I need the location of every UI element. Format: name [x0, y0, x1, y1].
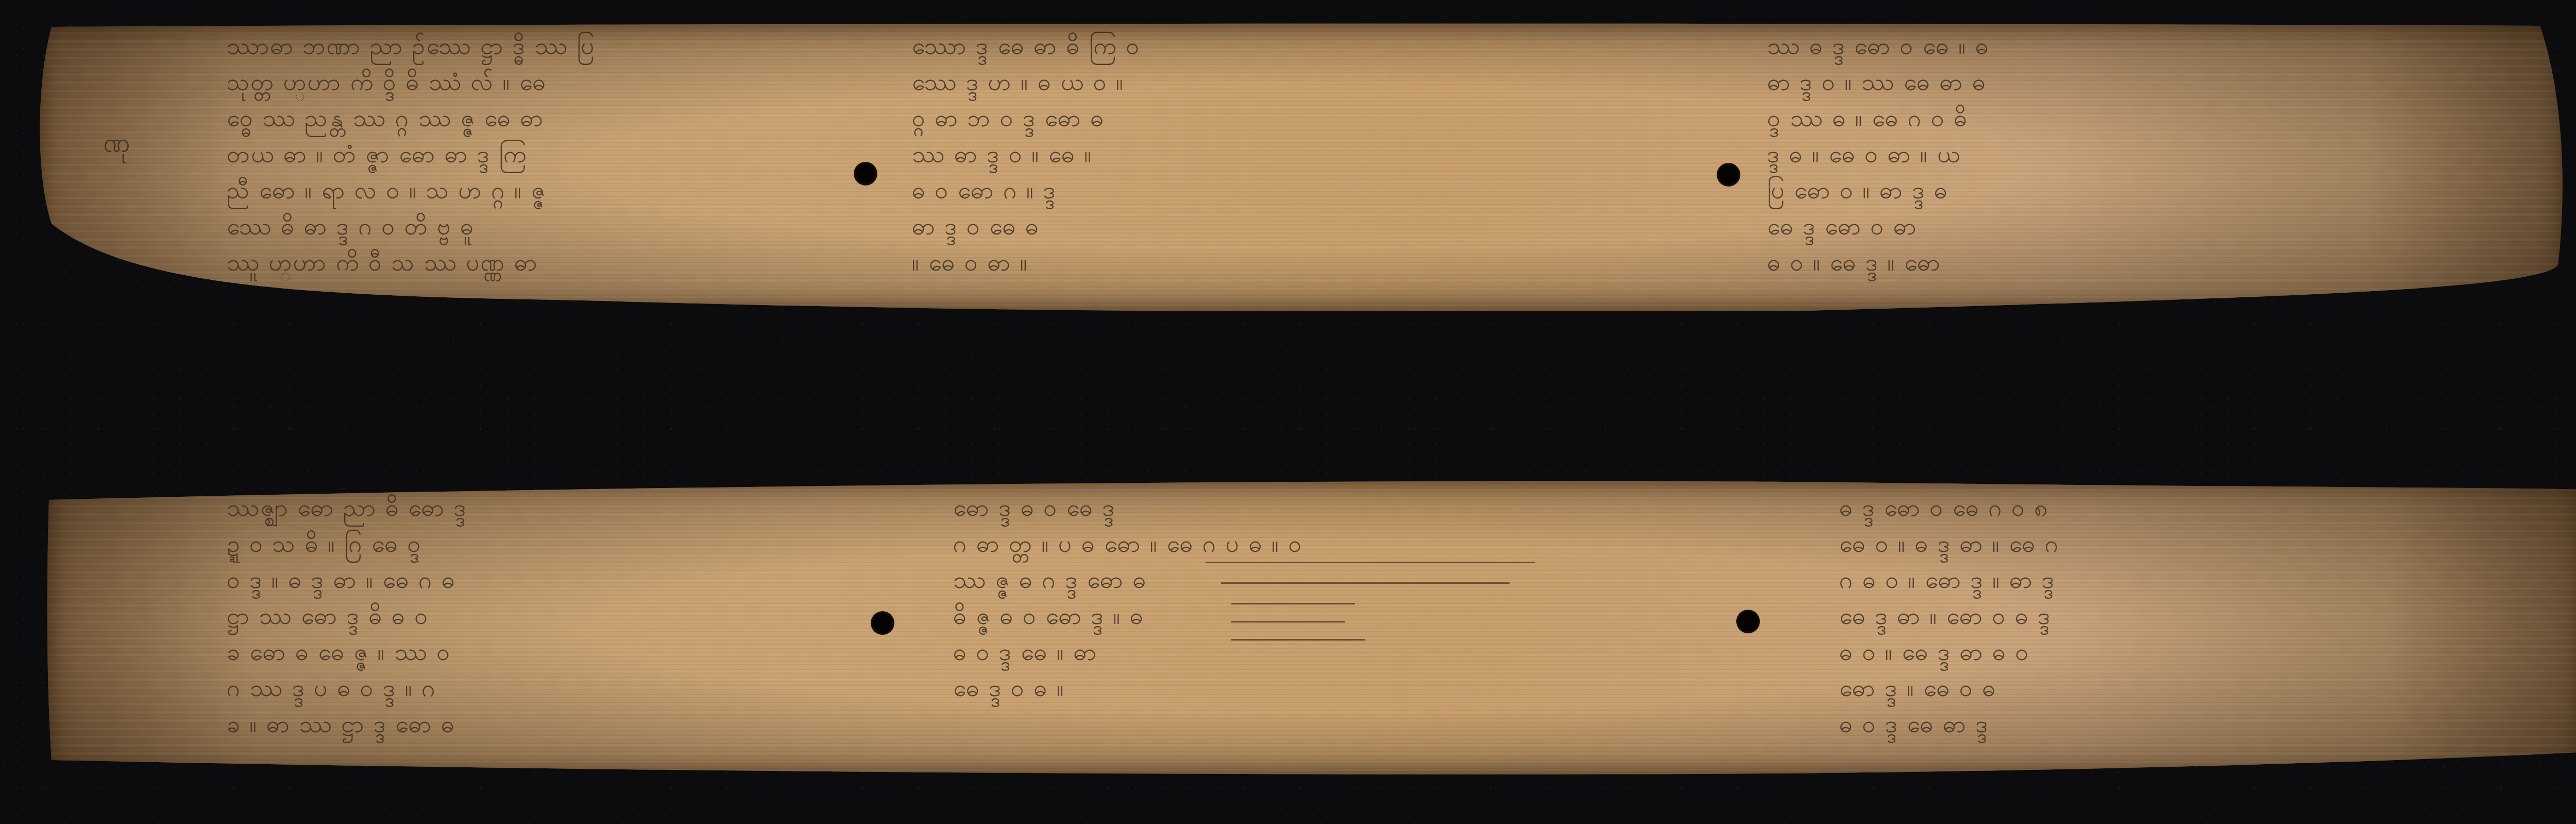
text-line: တယ ဓာ ။ တံ ဇ္ဇာ ဓော ဓာ ဒ္ဒ ကြ	[227, 136, 835, 172]
binding-hole-left	[854, 162, 877, 186]
text-line: ဓ ဝ ဓော ဂ ။ ဒ္ဒ	[912, 172, 1685, 208]
text-line: ဓေ ဒ္ဒ ဓော ဝ ဓာ	[1767, 208, 2360, 244]
text-line: ဿူ ဟ္ဟာ ကိ ဝီ သ ဿ ပဏ္ဏ ဓာ	[227, 244, 835, 280]
text-line: ညီ ဓော ။ ရာ လ ဝ ။ သ ဟ ဂ္ဂ ။ ဇ္ဇ	[227, 172, 835, 208]
text-line: ဓာ ဒ္ဒ ဝ ဓေ ဓ	[912, 208, 1685, 244]
text-line: သုတ္တ ဟ္ဟာ ကိ ဝ္ဒိ ဓိ ဿံ လ် ။ ဓေ	[227, 64, 835, 100]
text-line: ဿေ ဓိ ဓာ ဒ္ဒ ဂ ဝ တိ ဗ္ဗ ဓူ	[227, 208, 835, 244]
text-line: ပြ ဓော ဝ ။ ဓာ ဒ္ဒ ဓ	[1767, 172, 2360, 208]
text-block-left: ဿာဓာ ဘဏာ ညာ ဉ်ဿေ ဋ္ဌာ ဒ္ဓိ ဿ ပြ သုတ္တ ဟ္…	[227, 28, 835, 280]
text-line: ဓေ ဒ္ဒ ဓာ ။ ဓော ဝ ဓ ဒ္ဒ	[1839, 598, 2432, 634]
text-block-right: ဿ ဓ ဒ္ဒ ဓော ဝ ဓေ ။ ဓ ဓာ ဒ္ဒ ဝ ။ ဿ ဓေ ဓာ …	[1767, 28, 2360, 280]
text-line: ဓ ဝ ။ ဓေ ဒ္ဒ ။ ဓော	[1767, 244, 2360, 280]
text-line: ဒ္ဒ ဓ ။ ဓေ ဝ ဓာ ။ ယ	[1767, 136, 2360, 172]
text-line: ခ ဓော ဓ ဓေ ဇ္ဇ ။ ဿ ဝ	[227, 634, 871, 670]
ruled-line	[1231, 621, 1345, 623]
text-line: ဝ္ဂ ဓာ ဘ ဝ ဒ္ဒ ဓော ဓ	[912, 100, 1685, 136]
text-line: ။ ဓေ ဝ ဓာ ။	[912, 244, 1685, 280]
text-line: ဂ ဓ ဝ ။ ဓော ဒ္ဒ ။ ဓာ ဒ္ဒ	[1839, 562, 2432, 598]
text-line: ဓော ဒ္ဒ ။ ဓေ ဝ ဓ	[1839, 670, 2432, 706]
leaf-page-marker: ဏု	[103, 126, 130, 165]
text-line: ဋ္ဌာ ဿ ဓော ဒ္ဒ ဓိ ဓ ဝ	[227, 598, 871, 634]
ruled-line	[1221, 582, 1510, 584]
text-line: ခ ။ ဓာ ဿ ဋ္ဌာ ဒ္ဒ ဓော ဓ	[227, 706, 871, 742]
text-block-middle: ဓော ဒ္ဒ ဓ ဝ ဓေ ဒ္ဒ ဂ ဓာ တ္တ ။ ပ ဓ ဓော ။ …	[953, 490, 1700, 706]
palm-leaf-upper: ဏု ဿာဓာ ဘဏာ ညာ ဉ်ဿေ ဋ္ဌာ ဒ္ဓိ ဿ ပြ သုတ္တ…	[36, 23, 2568, 311]
text-line: ဿဇ္ဈာ ဓော ညာ ဓိ ဓော ဒ္ဒ	[227, 490, 871, 526]
text-line: ဿ ဓ ဒ္ဒ ဓော ဝ ဓေ ။ ဓ	[1767, 28, 2360, 64]
text-line: ဍ္ဍ ဝ သ ဓိ ။ ဂြ ဓေ ဝ္ဒ	[227, 526, 871, 562]
text-line: ဓ ဝ ။ ဓေ ဒ္ဒ ဓာ ဓ ဝ	[1839, 634, 2432, 670]
text-block-right: ဓ ဒ္ဒ ဓော ဝ ဓေ ဂ ဝ ၈ ဓေ ဝ ။ ဓ ဒ္ဒ ဓာ ။ ဓ…	[1839, 490, 2432, 742]
text-line: ဝ္ဓေ ဿ ညန္တ ဿ ဂ္ဂ ဿ ဇ္ဇ ဓေ ဓာ	[227, 100, 835, 136]
text-block-middle: ဿော ဒ္ဒ ဓေ ဓာ ဓိ ကြ ဝ ဿေ ဒ္ဒ ဟ ။ ဓ ယ ဝ ။…	[912, 28, 1685, 280]
text-line: ဓေ ဒ္ဒ ဝ ဓ ။	[953, 670, 1700, 706]
text-line: ဝ္ဒ ဿ ဓ ။ ဓေ ဂ ဝ ဓိ	[1767, 100, 2360, 136]
ruled-line	[1231, 639, 1365, 641]
text-line: ဿ ဇ္ဇ ဓ ဂ ဒ္ဒ ဓော ဓ	[953, 562, 1700, 598]
text-line: ဿာဓာ ဘဏာ ညာ ဉ်ဿေ ဋ္ဌာ ဒ္ဓိ ဿ ပြ	[227, 28, 835, 64]
text-line: ဂ ဓာ တ္တ ။ ပ ဓ ဓော ။ ဓေ ဂ ပ ဓ ။ ဝ	[953, 526, 1700, 562]
text-line: ဂ ဿ ဒ္ဒ ပ ဓ ဝ ဒ္ဒ ။ ဂ	[227, 670, 871, 706]
text-line: ဿေ ဒ္ဒ ဟ ။ ဓ ယ ဝ ။	[912, 64, 1685, 100]
ruled-line	[1206, 562, 1535, 563]
ruled-line	[1231, 603, 1355, 604]
text-line: ဿ ဓာ ဒ္ဒ ဝ ။ ဓေ ။	[912, 136, 1685, 172]
binding-hole-right	[1736, 610, 1760, 633]
text-line: ဿော ဒ္ဒ ဓေ ဓာ ဓိ ကြ ဝ	[912, 28, 1685, 64]
text-line: ဓေ ဝ ။ ဓ ဒ္ဒ ဓာ ။ ဓေ ဂ	[1839, 526, 2432, 562]
text-line: ဓ ဒ္ဒ ဓော ဝ ဓေ ဂ ဝ ၈	[1839, 490, 2432, 526]
text-block-left: ဿဇ္ဈာ ဓော ညာ ဓိ ဓော ဒ္ဒ ဍ္ဍ ဝ သ ဓိ ။ ဂြ …	[227, 490, 871, 742]
palm-leaf-lower: ဿဇ္ဈာ ဓော ညာ ဓိ ဓော ဒ္ဒ ဍ္ဍ ဝ သ ဓိ ။ ဂြ …	[46, 479, 2576, 776]
binding-hole-left	[871, 611, 894, 635]
binding-hole-right	[1717, 163, 1740, 187]
text-line: ဓ ဝ ဒ္ဒ ဓေ ဓာ ဒ္ဒ	[1839, 706, 2432, 742]
text-line: ဓာ ဒ္ဒ ဝ ။ ဿ ဓေ ဓာ ဓ	[1767, 64, 2360, 100]
text-line: ဝ ဒ္ဒ ။ ဓ ဒ္ဒ ဓာ ။ ဓေ ဂ ဓ	[227, 562, 871, 598]
text-line: ဓော ဒ္ဒ ဓ ဝ ဓေ ဒ္ဒ	[953, 490, 1700, 526]
